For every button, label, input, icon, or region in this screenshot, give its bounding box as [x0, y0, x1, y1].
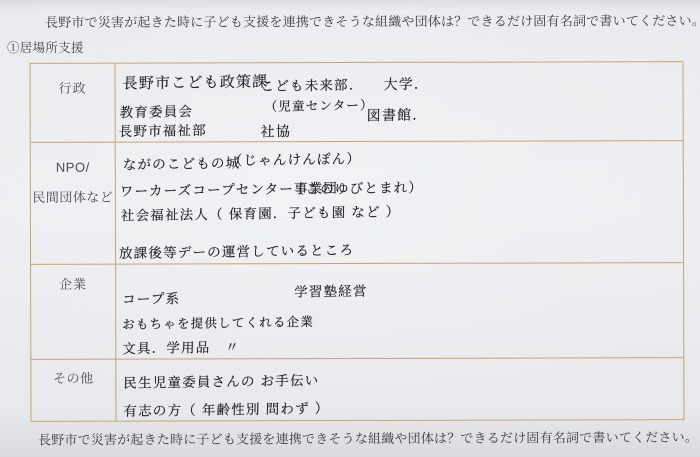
row-content-companies: コープ系 学習塾経営 おもちゃを提供してくれる企業 文具．学用品 〃 [116, 263, 683, 358]
row-header-companies: 企業 [31, 265, 116, 359]
handwritten-note: 学習塾経営 [294, 280, 368, 301]
row-header-label: その他 [31, 368, 115, 387]
handwritten-note: 民生児童委員さんの お手伝い [123, 369, 319, 392]
row-content-government: 長野市こども政策課 こども未来部． 大学． （児童センター） 教育委員会 図書館… [116, 62, 683, 141]
handwritten-note: 大学． [383, 74, 429, 95]
handwritten-note: 社協 [261, 121, 292, 141]
row-header-label: 行政 [31, 78, 115, 97]
support-organizations-table: 行政 長野市こども政策課 こども未来部． 大学． （児童センター） 教育委員会 … [30, 61, 685, 422]
handwritten-note: こども未来部． [260, 73, 363, 95]
row-header-label-2: 民間団体など [31, 183, 115, 213]
handwritten-note: 文具．学用品 〃 [122, 336, 240, 358]
worksheet-photo: 長野市で災害が起きた時に子ども支援を連携できそうな組織や団体は？できるだけ固有名… [0, 0, 700, 457]
row-content-npo: ながのこどもの城 （じゃんけんぽん） ワーカーズコープセンター事業団 （このゆび… [116, 141, 683, 263]
handwritten-note: おもちゃを提供してくれる企業 [122, 312, 314, 333]
question-text-bottom: 長野市で災害が起きた時に子ども支援を連携できそうな組織や団体は？できるだけ固有名… [38, 427, 698, 449]
table-row-companies: 企業 コープ系 学習塾経営 おもちゃを提供してくれる企業 文具．学用品 〃 [31, 262, 683, 359]
table-row-government: 行政 長野市こども政策課 こども未来部． 大学． （児童センター） 教育委員会 … [31, 62, 683, 142]
section-label: ①居場所支援 [7, 38, 84, 56]
handwritten-note: ながのこどもの城 [123, 152, 241, 174]
handwritten-note: 長野市福祉部 [119, 119, 207, 140]
row-header-label: NPO/ [31, 153, 115, 183]
table-row-npo: NPO/ 民間団体など ながのこどもの城 （じゃんけんぽん） ワーカーズコープセ… [31, 140, 683, 264]
table-row-others: その他 民生児童委員さんの お手伝い 有志の方（ 年齢性別 問わず ） [31, 357, 683, 422]
handwritten-note: （このゆびとまれ） [291, 176, 424, 198]
row-header-label: 企業 [31, 274, 115, 293]
handwritten-note: 長野市こども政策課 [122, 70, 268, 93]
handwritten-note: 放課後等デーの運営しているところ [119, 239, 354, 262]
handwritten-note: 教育委員会 [120, 100, 194, 121]
row-header-npo: NPO/ 民間団体など [31, 143, 116, 264]
handwritten-note: （児童センター） [265, 95, 374, 115]
row-header-others: その他 [31, 360, 116, 422]
handwritten-note: 有志の方（ 年齢性別 問わず ） [123, 397, 329, 420]
question-text-top: 長野市で災害が起きた時に子ども支援を連携できそうな組織や団体は？できるだけ固有名… [45, 10, 700, 31]
row-content-others: 民生児童委員さんの お手伝い 有志の方（ 年齢性別 問わず ） [116, 358, 683, 421]
handwritten-note: 図書館． [367, 104, 428, 125]
handwritten-note: コープ系 [122, 287, 180, 308]
handwritten-note: （じゃんけんぽん） [229, 147, 362, 169]
handwritten-note: 社会福祉法人（ 保育園．子ども園 など ） [121, 200, 401, 224]
row-header-government: 行政 [31, 64, 116, 142]
